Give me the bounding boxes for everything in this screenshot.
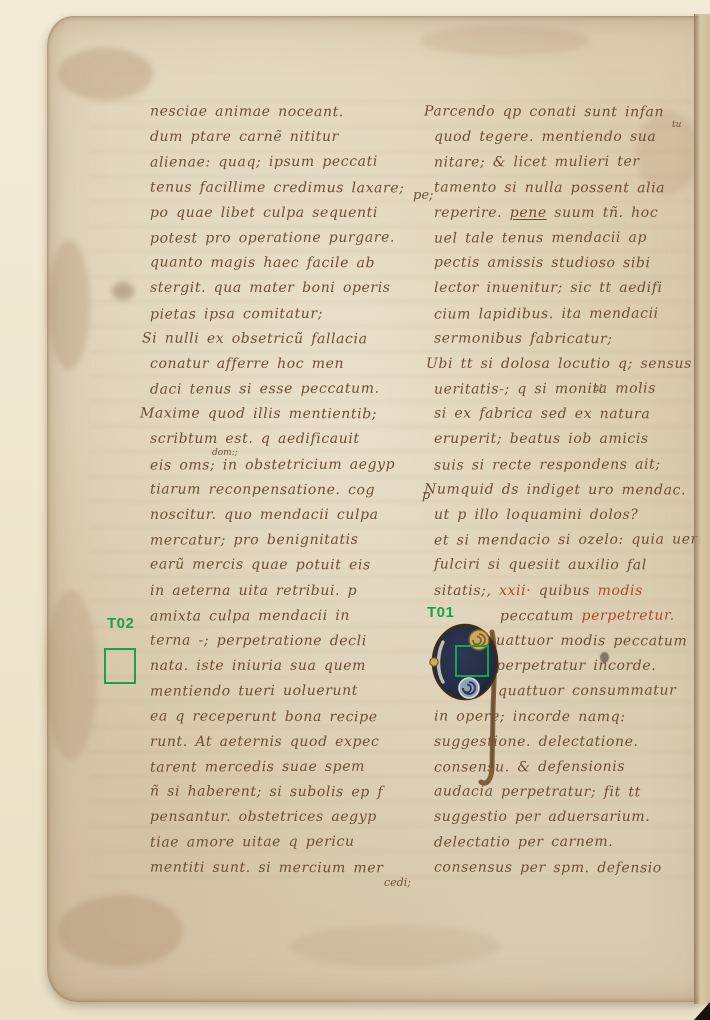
manuscript-text-line: Ubi tt si dolosa locutio q; sensus	[434, 352, 708, 377]
manuscript-text-line: si ex fabrica sed ex natura	[434, 402, 708, 428]
manuscript-text-line: tenus facillime credimus laxare;	[150, 175, 442, 201]
manuscript-text-line: quanto magis haec facile ab	[150, 251, 442, 277]
annotation-label-t01: T01	[427, 604, 454, 621]
manuscript-text-line: terna -; perpetratione decli	[150, 628, 442, 654]
manuscript-text-line: nesciae animae noceant.	[150, 99, 442, 125]
manuscript-text-line: uel tale tenus mendacii ap	[434, 225, 708, 251]
marginal-paragraph-mark: p	[422, 488, 430, 503]
manuscript-viewer-canvas: nesciae animae noceant.dum ptare carnẽ n…	[0, 0, 710, 1020]
manuscript-text-line: fulciri si quesiit auxilio fal	[434, 553, 708, 579]
annotation-target-box-t02[interactable]	[104, 648, 136, 684]
manuscript-text-line: amixta culpa mendacii in	[150, 603, 442, 629]
manuscript-text-line: cium lapidibus. ita mendacii	[434, 301, 708, 327]
manuscript-text-line: conatur afferre hoc men	[150, 352, 442, 377]
manuscript-text-line: alienae: quaq; ipsum peccati	[150, 150, 442, 176]
manuscript-text-line: in aeterna uita retribui. p	[150, 579, 442, 604]
manuscript-text-line: reperire. pene suum tñ. hoc	[434, 201, 708, 226]
manuscript-text-line: tiarum reconpensatione. cog	[150, 477, 442, 503]
page-edge-strip	[694, 14, 710, 1004]
manuscript-text-line: runt. At aeternis quod expec	[150, 730, 442, 755]
manuscript-text-line: mercatur; pro benignitatis	[150, 528, 442, 554]
manuscript-text-line: consensus per spm. defensio	[434, 855, 708, 881]
annotation-target-box-t01[interactable]	[455, 645, 489, 677]
annotation-label-t02: T02	[107, 615, 134, 632]
manuscript-text-line: sermonibus fabricatur;	[434, 326, 708, 352]
catchword-cedi: cedi;	[384, 876, 411, 889]
manuscript-text-line: noscitur. quo mendacii culpa	[150, 503, 442, 528]
manuscript-text-line: po quae libet culpa sequenti	[150, 201, 442, 226]
manuscript-text-line: nata. iste iniuria sua quem	[150, 654, 442, 679]
manuscript-text-line: Si nulli ex obsetricũ fallacia	[150, 326, 442, 352]
manuscript-text-line: earũ mercis quae potuit eis	[150, 553, 442, 579]
interlinear-note-dom: dom:;	[212, 448, 238, 458]
manuscript-text-line: Maxime quod illis mentientib;	[150, 402, 442, 428]
manuscript-text-line: tamento si nulla possent alia	[434, 175, 708, 201]
manuscript-text-line: scribtum est. q aedificauit	[150, 427, 442, 452]
manuscript-text-line: suis si recte respondens ait;	[434, 452, 708, 478]
manuscript-text-line: ut p illo loquamini dolos?	[434, 503, 708, 528]
manuscript-text-line: mentiendo tueri uoluerunt	[150, 679, 442, 705]
manuscript-text-line: pectis amissis studioso sibi	[434, 251, 708, 277]
photo-corner-black	[694, 1002, 710, 1020]
manuscript-text-line: tiae amore uitae q pericu	[150, 830, 442, 856]
superscript-note-tu: tu	[672, 120, 681, 130]
manuscript-text-line: stergit. qua mater boni operis	[150, 276, 442, 301]
manuscript-text-line: daci tenus si esse peccatum.	[150, 376, 442, 402]
manuscript-text-line: nitare; & licet mulieri ter	[434, 150, 708, 176]
text-column-left: nesciae animae noceant.dum ptare carnẽ n…	[150, 100, 442, 881]
manuscript-text-line: eis oms; in obstetricium aegyp	[150, 452, 442, 478]
manuscript-text-line: sitatis;, xxii· quibus modis	[434, 579, 708, 604]
manuscript-text-line: pietas ipsa comitatur;	[150, 301, 442, 327]
manuscript-text-line: tarent mercedis suae spem	[150, 754, 442, 780]
manuscript-text-line: Numquid ds indiget uro mendac.	[434, 477, 708, 503]
manuscript-text-line: lector inuenitur; sic tt aedifi	[434, 276, 708, 301]
manuscript-text-line: dum ptare carnẽ nititur	[150, 125, 442, 150]
manuscript-text-line: delectatio per carnem.	[434, 830, 708, 856]
manuscript-text-line: ñ si haberent; si subolis ep f	[150, 780, 442, 806]
manuscript-text-line: quod tegere. mentiendo sua	[434, 125, 708, 150]
manuscript-text-line: et si mendacio si ozelo: quia ueritas	[434, 528, 708, 554]
manuscript-text-line: potest pro operatione purgare.	[150, 225, 442, 251]
manuscript-text-line: suggestio per aduersarium.	[434, 805, 708, 830]
superscript-note-al: al	[594, 384, 602, 394]
manuscript-text-line: Parcendo qp conati sunt infan	[434, 100, 708, 126]
manuscript-text-line: pensantur. obstetrices aegyp	[150, 805, 442, 830]
manuscript-text-line: ueritatis-; q si monita molis	[434, 376, 708, 402]
manuscript-text-line: eruperit; beatus iob amicis	[434, 427, 708, 452]
manuscript-text-line: ea q receperunt bona recipe	[150, 704, 442, 730]
marginal-note-pe: pe;	[413, 188, 433, 203]
